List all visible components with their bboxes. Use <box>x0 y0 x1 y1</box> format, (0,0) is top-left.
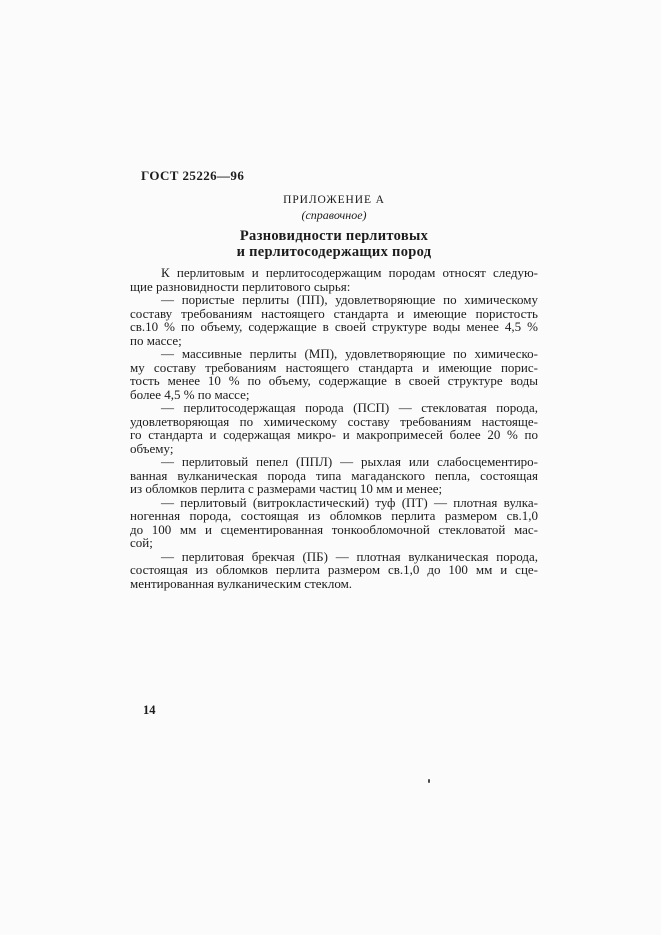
document-title-line-1: Разновидности перлитовых <box>130 229 538 245</box>
paragraph-line: объему; <box>130 442 538 456</box>
paragraph-line: сой; <box>130 536 538 550</box>
paragraph-line: щие разновидности перлитового сырья: <box>130 280 538 294</box>
document-page: ГОСТ 25226—96 ПРИЛОЖЕНИЕ А (справочное) … <box>0 0 661 935</box>
body-paragraphs: К перлитовым и перлитосодержащим породам… <box>130 266 538 590</box>
paragraph-line: из обломков перлита с размерами частиц 1… <box>130 482 538 496</box>
running-header: ГОСТ 25226—96 <box>141 168 244 184</box>
paragraph-line: удовлетворяющая по химическому составу т… <box>130 415 538 429</box>
paragraph-line: К перлитовым и перлитосодержащим породам… <box>130 266 538 280</box>
paragraph-line: — перлитосодержащая порода (ПСП) — стекл… <box>130 401 538 415</box>
paragraph-line: более 4,5 % по массе; <box>130 388 538 402</box>
scan-speck <box>428 779 430 783</box>
appendix-note: (справочное) <box>130 208 538 222</box>
document-title-line-2: и перлитосодержащих пород <box>130 245 538 261</box>
paragraph-line: — перлитовый (витрокластический) туф (ПТ… <box>130 496 538 510</box>
paragraph-line: го стандарта и содержащая микро- и макро… <box>130 428 538 442</box>
paragraph-line: — перлитовая брекчая (ПБ) — плотная вулк… <box>130 550 538 564</box>
paragraph-line: ментированная вулканическим стеклом. <box>130 577 538 591</box>
paragraph-line: му составу требованиям настоящего станда… <box>130 361 538 375</box>
paragraph-line: по массе; <box>130 334 538 348</box>
paragraph-line: св.10 % по объему, содержащие в своей ст… <box>130 320 538 334</box>
appendix-label: ПРИЛОЖЕНИЕ А <box>130 193 538 207</box>
page-number: 14 <box>143 703 156 718</box>
paragraph-line: — массивные перлиты (МП), удовлетворяющи… <box>130 347 538 361</box>
document-title: Разновидности перлитовых и перлитосодерж… <box>130 229 538 260</box>
paragraph-line: ванная вулканическая порода типа магадан… <box>130 469 538 483</box>
paragraph-line: — перлитовый пепел (ППЛ) — рыхлая или сл… <box>130 455 538 469</box>
paragraph-line: — пористые перлиты (ПП), удовлетворяющие… <box>130 293 538 307</box>
paragraph-line: ногенная порода, состоящая из обломков п… <box>130 509 538 523</box>
paragraph-line: составу требованиям настоящего стандарта… <box>130 307 538 321</box>
paragraph-line: до 100 мм и сцементированная тонкообломо… <box>130 523 538 537</box>
paragraph-line: тость менее 10 % по объему, содержащие в… <box>130 374 538 388</box>
paragraph-line: состоящая из обломков перлита размером с… <box>130 563 538 577</box>
